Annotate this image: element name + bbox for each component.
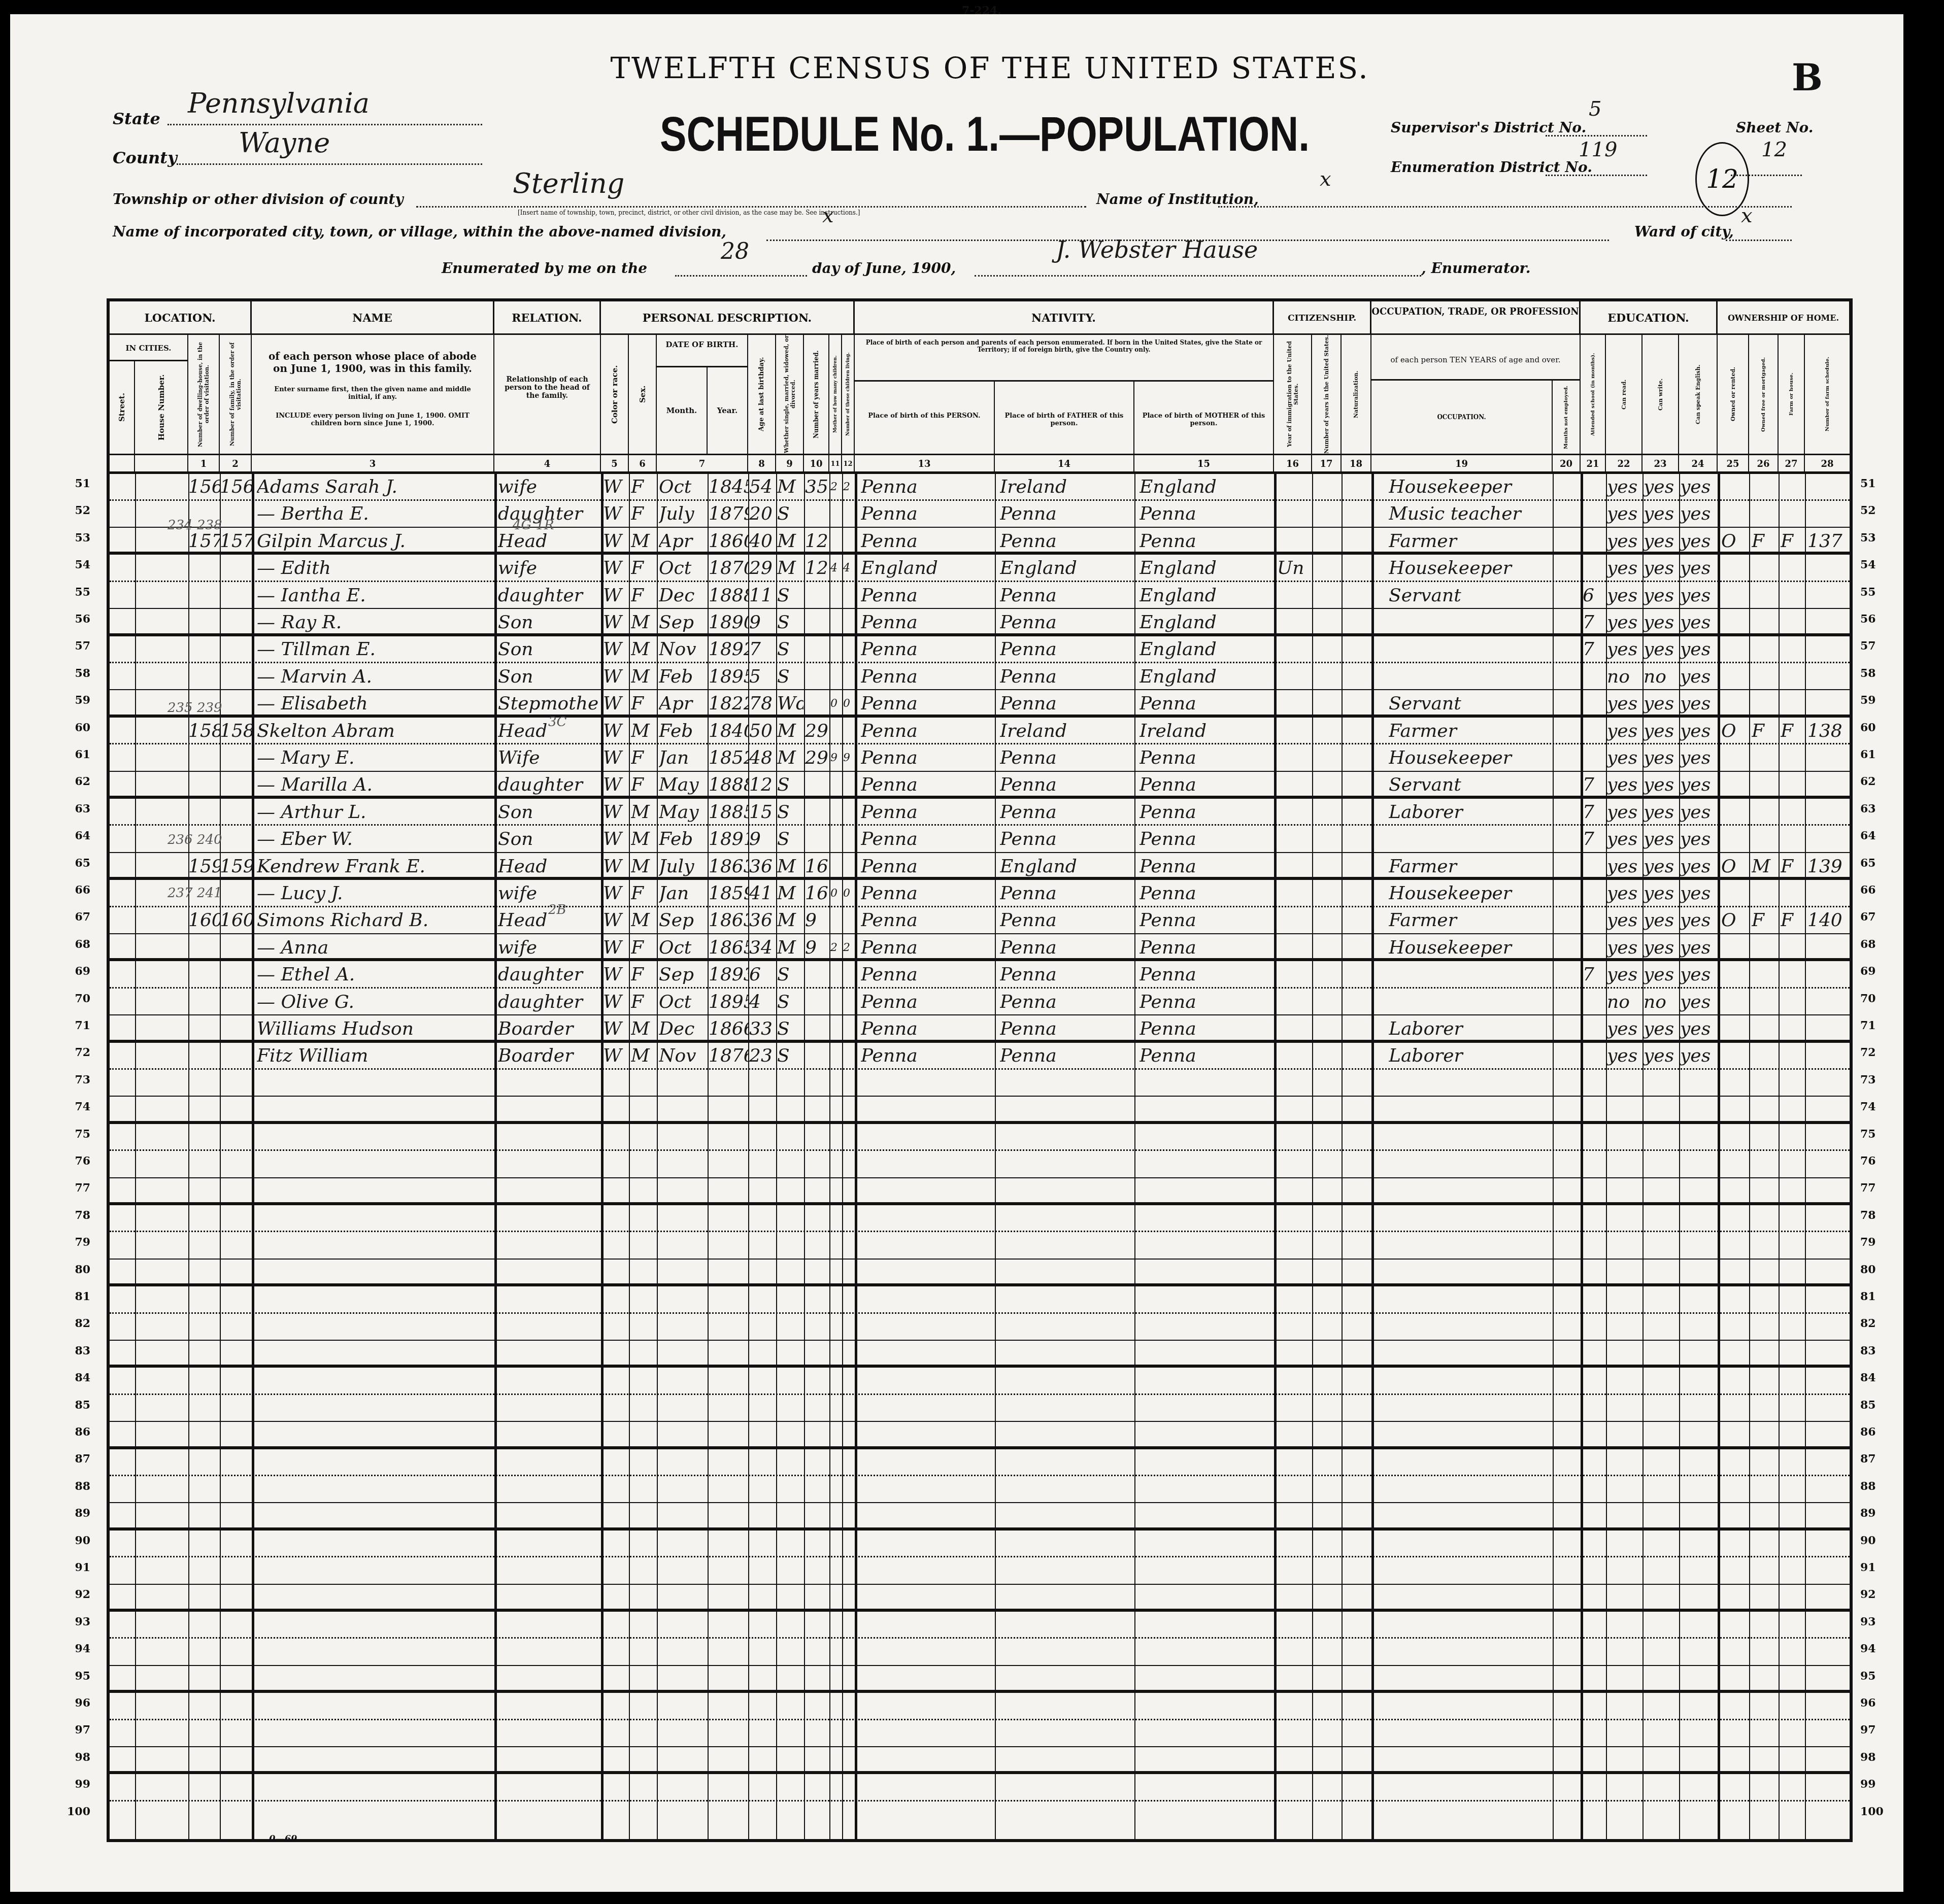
- table-row: [110, 1531, 1850, 1558]
- cell-year: 1859: [709, 880, 748, 906]
- cell-write: yes: [1644, 1016, 1679, 1040]
- cell-age: 12: [749, 772, 776, 796]
- line-number-right: 83: [1860, 1344, 1891, 1357]
- cell-birth: Penna: [861, 772, 993, 796]
- cell-month: Nov: [659, 636, 707, 662]
- line-number-right: 71: [1860, 1019, 1891, 1032]
- line-number-left: 88: [60, 1480, 90, 1493]
- cell-speak: yes: [1680, 528, 1717, 552]
- cell-father: Penna: [1000, 1043, 1132, 1068]
- cell-family: [220, 772, 252, 796]
- cell-marital: S: [777, 826, 803, 852]
- header-sex-text: Sex.: [638, 335, 647, 454]
- colnum-27: 27: [1779, 454, 1805, 474]
- header-children-living-text: Number of these children living.: [846, 335, 851, 454]
- cell-relation: daughter: [498, 989, 599, 1015]
- cell-yrs-us: [1314, 1016, 1342, 1040]
- line-number-left: 62: [60, 775, 90, 788]
- county-value: Wayne: [239, 127, 330, 159]
- header-age-text: Age at last birthday.: [758, 335, 765, 454]
- group-occupation: OCCUPATION, TRADE, OR PROFESSION: [1371, 301, 1581, 335]
- cell-year: 1890: [709, 609, 748, 633]
- cell-dwelling: [188, 989, 220, 1015]
- cell-living: 9: [843, 745, 855, 771]
- cell-relation: Son: [498, 664, 599, 690]
- cell-school: [1583, 555, 1605, 581]
- city-value: x: [822, 204, 834, 227]
- cell-mother: England: [1139, 474, 1271, 499]
- cell-father: Penna: [1000, 799, 1132, 825]
- cell-free: [1752, 962, 1778, 987]
- cell-yrs-us: [1314, 691, 1342, 715]
- colnum-6: 6: [629, 454, 657, 474]
- cell-relation: wife: [498, 474, 599, 499]
- line-number-right: 72: [1860, 1046, 1891, 1059]
- cell-birth: Penna: [861, 854, 993, 877]
- cell-family: 159: [220, 854, 252, 877]
- cell-sched: [1807, 583, 1851, 608]
- cell-natur: [1343, 772, 1371, 796]
- cell-living: [843, 854, 855, 877]
- cell-occupation: [1389, 962, 1551, 987]
- cell-farm: [1781, 501, 1804, 527]
- cell-relation: daughter: [498, 583, 599, 608]
- cell-natur: [1343, 989, 1371, 1015]
- colnum-20: 20: [1553, 454, 1581, 474]
- table-row: [110, 1693, 1850, 1720]
- cell-color: W: [603, 691, 628, 715]
- cell-read: yes: [1607, 718, 1643, 743]
- cell-sex: M: [631, 854, 656, 877]
- line-number-left: 100: [60, 1805, 90, 1818]
- cell-natur: [1343, 474, 1371, 499]
- census-title: TWELFTH CENSUS OF THE UNITED STATES.: [558, 51, 1421, 85]
- cell-living: [843, 799, 855, 825]
- cell-mother: Penna: [1139, 854, 1271, 877]
- header-farm-house-text: Farm or house.: [1789, 335, 1794, 454]
- sheet-value: 12: [1761, 138, 1787, 161]
- cell-family: [220, 1016, 252, 1040]
- cell-yrs-us: [1314, 907, 1342, 933]
- line-number-left: 95: [60, 1670, 90, 1683]
- cell-sched: 137: [1807, 528, 1851, 552]
- header-color-text: Color or race.: [610, 335, 619, 454]
- line-number-left: 64: [60, 829, 90, 842]
- cell-age: 33: [749, 1016, 776, 1040]
- cell-speak: yes: [1680, 826, 1717, 852]
- cell-marital: M: [777, 528, 803, 552]
- cell-mother: England: [1139, 555, 1271, 581]
- cell-father: Penna: [1000, 1016, 1132, 1040]
- line-number-right: 90: [1860, 1534, 1891, 1547]
- cell-yrs-married: 12: [805, 528, 829, 552]
- cell-own: [1721, 636, 1749, 662]
- cell-yrs-married: [805, 691, 829, 715]
- cell-farm: [1781, 989, 1804, 1015]
- header-name: of each person whose place of abode on J…: [252, 335, 494, 454]
- line-number-right: 81: [1860, 1290, 1891, 1303]
- schedule-title: SCHEDULE No. 1.—POPULATION.: [660, 107, 1310, 162]
- township-value: Sterling: [513, 167, 624, 199]
- cell-yrs-us: [1314, 474, 1342, 499]
- cell-write: yes: [1644, 854, 1679, 877]
- cell-school: [1583, 935, 1605, 959]
- cell-month: Jan: [659, 880, 707, 906]
- cell-sched: [1807, 880, 1851, 906]
- colnum-28: 28: [1805, 454, 1851, 474]
- line-number-right: 87: [1860, 1452, 1891, 1466]
- cell-year: 1895: [709, 989, 748, 1015]
- cell-occupation: Laborer: [1389, 799, 1551, 825]
- cell-speak: yes: [1680, 907, 1717, 933]
- cell-mother-of: [830, 854, 843, 877]
- cell-sex: F: [631, 474, 656, 499]
- cell-name: Skelton Abram: [257, 718, 493, 743]
- cell-mother-of: [830, 718, 843, 743]
- cell-unemp: [1554, 826, 1580, 852]
- cell-birth: Penna: [861, 609, 993, 633]
- cell-immig: [1277, 962, 1313, 987]
- cell-sex: F: [631, 555, 656, 581]
- cell-father: Penna: [1000, 989, 1132, 1015]
- line-number-left: 84: [60, 1371, 90, 1384]
- line-number-right: 62: [1860, 775, 1891, 788]
- cell-natur: [1343, 799, 1371, 825]
- group-citizenship: CITIZENSHIP.: [1274, 301, 1371, 335]
- line-number-right: 89: [1860, 1507, 1891, 1520]
- line-number-right: 54: [1860, 558, 1891, 571]
- cell-month: Dec: [659, 1016, 707, 1040]
- cell-school: 7: [1583, 609, 1605, 633]
- cell-immig: [1277, 880, 1313, 906]
- header-immigration-text: Year of immigration to the United States…: [1286, 335, 1299, 454]
- cell-write: yes: [1644, 880, 1679, 906]
- cell-farm: [1781, 1016, 1804, 1040]
- cell-birth: Penna: [861, 1016, 993, 1040]
- header-dob: DATE OF BIRTH.: [657, 335, 748, 367]
- cell-yrs-us: [1314, 826, 1342, 852]
- cell-name: — Marilla A.: [257, 772, 493, 796]
- cell-own: [1721, 555, 1749, 581]
- cell-school: [1583, 907, 1605, 933]
- cell-mother-of: [830, 799, 843, 825]
- cell-living: [843, 528, 855, 552]
- cell-living: [843, 718, 855, 743]
- header-farm-schedule: Number of farm schedule.: [1805, 335, 1851, 454]
- colnum-26: 26: [1749, 454, 1779, 474]
- cell-own: O: [1721, 854, 1749, 877]
- cell-living: [843, 501, 855, 527]
- cell-dwelling: [188, 636, 220, 662]
- cell-farm: [1781, 799, 1804, 825]
- cell-living: 2: [843, 474, 855, 499]
- cell-unemp: [1554, 935, 1580, 959]
- line-number-right: 95: [1860, 1670, 1891, 1683]
- cell-marital: M: [777, 935, 803, 959]
- cell-color: W: [603, 664, 628, 690]
- cell-color: W: [603, 826, 628, 852]
- table-row: — Marvin A.SonWMFeb18955SPennaPennaEngla…: [110, 664, 1850, 691]
- cell-yrs-us: [1314, 501, 1342, 527]
- cell-birth: Penna: [861, 664, 993, 690]
- cell-occupation: [1389, 609, 1551, 633]
- header-marital-text: Whether single, married, widowed, or div…: [783, 335, 796, 454]
- cell-read: yes: [1607, 880, 1643, 906]
- cell-occupation: Housekeeper: [1389, 745, 1551, 771]
- cell-year: 1895: [709, 664, 748, 690]
- cell-age: 15: [749, 799, 776, 825]
- table-row: [110, 1477, 1850, 1504]
- cell-mother: Penna: [1139, 691, 1271, 715]
- cell-immig: [1277, 528, 1313, 552]
- cell-school: 7: [1583, 772, 1605, 796]
- line-number-right: 60: [1860, 721, 1891, 734]
- header-dwelling-text: Number of dwelling-house, in the order o…: [197, 335, 210, 454]
- cell-free: [1752, 636, 1778, 662]
- line-number-left: 78: [60, 1209, 90, 1222]
- cell-father: Penna: [1000, 745, 1132, 771]
- cell-dwelling: [188, 772, 220, 796]
- cell-relation: Boarder: [498, 1043, 599, 1068]
- cell-free: M: [1752, 854, 1778, 877]
- cell-read: yes: [1607, 691, 1643, 715]
- cell-write: yes: [1644, 501, 1679, 527]
- cell-sched: [1807, 745, 1851, 771]
- cell-read: yes: [1607, 799, 1643, 825]
- header-age: Age at last birthday.: [748, 335, 776, 454]
- cell-occupation: Farmer: [1389, 718, 1551, 743]
- colnum-1: 1: [188, 454, 220, 474]
- ward-value: x: [1741, 204, 1753, 227]
- cell-write: yes: [1644, 583, 1679, 608]
- table-row: — ElisabethStepmotherWFApr182278Wd00Penn…: [110, 691, 1850, 718]
- cell-sex: M: [631, 1016, 656, 1040]
- form-number: 7-224.: [962, 4, 1001, 17]
- cell-year: 1891: [709, 826, 748, 852]
- cell-age: 54: [749, 474, 776, 499]
- cell-color: W: [603, 772, 628, 796]
- cell-yrs-married: [805, 772, 829, 796]
- cell-farm: [1781, 583, 1804, 608]
- cell-own: [1721, 772, 1749, 796]
- cell-month: Oct: [659, 989, 707, 1015]
- cell-own: [1721, 745, 1749, 771]
- line-number-left: 98: [60, 1751, 90, 1764]
- cell-immig: [1277, 1016, 1313, 1040]
- cell-farm: [1781, 691, 1804, 715]
- header-marital: Whether single, married, widowed, or div…: [776, 335, 804, 454]
- header-month: Month.: [657, 367, 708, 454]
- cell-own: [1721, 501, 1749, 527]
- cell-farm: [1781, 1043, 1804, 1068]
- cell-father: Ireland: [1000, 474, 1132, 499]
- line-number-right: 61: [1860, 748, 1891, 761]
- cell-yrs-us: [1314, 555, 1342, 581]
- cell-dwelling: 158: [188, 718, 220, 743]
- cell-sex: F: [631, 989, 656, 1015]
- cell-color: W: [603, 583, 628, 608]
- enumerator-label: , Enumerator.: [1421, 260, 1530, 277]
- cell-immig: [1277, 474, 1313, 499]
- cell-marital: Wd: [777, 691, 803, 715]
- cell-living: 0: [843, 691, 855, 715]
- cell-free: [1752, 664, 1778, 690]
- cell-yrs-us: [1314, 664, 1342, 690]
- header-nativity-desc: Place of birth of each person and parent…: [855, 335, 1274, 382]
- cell-speak: yes: [1680, 501, 1717, 527]
- line-number-left: 77: [60, 1181, 90, 1195]
- cell-sex: M: [631, 826, 656, 852]
- line-number-left: 52: [60, 504, 90, 517]
- cell-school: [1583, 691, 1605, 715]
- cell-marital: M: [777, 555, 803, 581]
- line-number-left: 80: [60, 1263, 90, 1276]
- cell-occupation: Laborer: [1389, 1016, 1551, 1040]
- cell-free: F: [1752, 718, 1778, 743]
- cell-sched: [1807, 636, 1851, 662]
- cell-yrs-married: 29: [805, 718, 829, 743]
- cell-birth: Penna: [861, 826, 993, 852]
- cell-father: Penna: [1000, 691, 1132, 715]
- cell-father: Penna: [1000, 907, 1132, 933]
- header-owned-rented-text: Owned or rented.: [1730, 335, 1736, 454]
- cell-write: yes: [1644, 935, 1679, 959]
- cell-free: [1752, 1016, 1778, 1040]
- header-immigration: Year of immigration to the United States…: [1274, 335, 1312, 454]
- cell-mother: Penna: [1139, 772, 1271, 796]
- table-row: [110, 1449, 1850, 1476]
- cell-mother-of: [830, 989, 843, 1015]
- cell-father: Penna: [1000, 636, 1132, 662]
- header-birth-father: Place of birth of FATHER of this person.: [995, 382, 1134, 454]
- header-street-text: Street.: [117, 361, 126, 454]
- cell-age: 9: [749, 826, 776, 852]
- cell-month: Oct: [659, 474, 707, 499]
- cell-sex: F: [631, 962, 656, 987]
- sheet-label: Sheet No.: [1736, 119, 1813, 136]
- table-row: — Lucy J.wifeWFJan185941M1600PennaPennaP…: [110, 880, 1850, 907]
- cell-school: [1583, 664, 1605, 690]
- cell-age: 34: [749, 935, 776, 959]
- line-number-right: 56: [1860, 613, 1891, 626]
- cell-mother: Penna: [1139, 989, 1271, 1015]
- cell-sched: 140: [1807, 907, 1851, 933]
- cell-year: 1876: [709, 1043, 748, 1068]
- line-number-right: 59: [1860, 694, 1891, 707]
- header-attended-school: Attended school (in months).: [1581, 335, 1606, 454]
- cell-name: — Lucy J.: [257, 880, 493, 906]
- cell-immig: [1277, 1043, 1313, 1068]
- table-row: — Ray R.SonWMSep18909SPennaPennaEngland7…: [110, 609, 1850, 636]
- cell-own: [1721, 989, 1749, 1015]
- colnum-8: 8: [748, 454, 776, 474]
- cell-write: no: [1644, 664, 1679, 690]
- table-row: — Iantha E.daughterWFDec188811SPennaPenn…: [110, 583, 1850, 609]
- cell-mother-of: [830, 772, 843, 796]
- cell-free: [1752, 1043, 1778, 1068]
- header-mother-of: Mother of how many children.: [829, 335, 842, 454]
- cell-occupation: Farmer: [1389, 907, 1551, 933]
- cell-birth: Penna: [861, 989, 993, 1015]
- cell-year: 1852: [709, 745, 748, 771]
- cell-birth: Penna: [861, 528, 993, 552]
- cell-color: W: [603, 745, 628, 771]
- cell-mother-of: [830, 826, 843, 852]
- state-value: Pennsylvania: [188, 87, 370, 119]
- cell-marital: M: [777, 718, 803, 743]
- cell-mother: Penna: [1139, 935, 1271, 959]
- margin-note-236-240: 236 240: [167, 832, 222, 847]
- colnum-18: 18: [1342, 454, 1371, 474]
- cell-school: 7: [1583, 636, 1605, 662]
- table-row: [110, 1802, 1850, 1829]
- cell-immig: [1277, 745, 1313, 771]
- header-can-write-text: Can write.: [1657, 335, 1664, 454]
- cell-living: [843, 583, 855, 608]
- cell-relation: daughter: [498, 962, 599, 987]
- cell-read: yes: [1607, 826, 1643, 852]
- line-number-left: 93: [60, 1615, 90, 1628]
- cell-birth: Penna: [861, 907, 993, 933]
- line-number-right: 93: [1860, 1615, 1891, 1628]
- cell-sex: F: [631, 772, 656, 796]
- cell-sched: [1807, 1016, 1851, 1040]
- table-row: — AnnawifeWFOct186534M922PennaPennaPenna…: [110, 935, 1850, 962]
- cell-dwelling: [188, 799, 220, 825]
- cell-mother-of: [830, 907, 843, 933]
- cell-unemp: [1554, 528, 1580, 552]
- cell-write: yes: [1644, 691, 1679, 715]
- table-row: 160160Simons Richard B.HeadWMSep186336M9…: [110, 907, 1850, 934]
- cell-marital: S: [777, 664, 803, 690]
- cell-year: 1892: [709, 636, 748, 662]
- cell-name: — Mary E.: [257, 745, 493, 771]
- line-number-right: 98: [1860, 1751, 1891, 1764]
- cell-natur: [1343, 501, 1371, 527]
- cell-yrs-us: [1314, 854, 1342, 877]
- cell-birth: Penna: [861, 745, 993, 771]
- cell-free: [1752, 880, 1778, 906]
- cell-own: O: [1721, 907, 1749, 933]
- table-row: [110, 1396, 1850, 1422]
- colnum-22: 22: [1606, 454, 1643, 474]
- cell-school: [1583, 1016, 1605, 1040]
- name-desc: of each person whose place of abode on J…: [267, 350, 478, 375]
- cell-sched: [1807, 989, 1851, 1015]
- margin-note-2b: 2B: [548, 902, 566, 917]
- cell-marital: S: [777, 989, 803, 1015]
- cell-school: 7: [1583, 962, 1605, 987]
- cell-sex: F: [631, 691, 656, 715]
- cell-own: [1721, 474, 1749, 499]
- cell-yrs-us: [1314, 772, 1342, 796]
- cell-yrs-us: [1314, 799, 1342, 825]
- cell-birth: Penna: [861, 935, 993, 959]
- cell-mother-of: 0: [830, 691, 843, 715]
- cell-sex: M: [631, 1043, 656, 1068]
- cell-month: Oct: [659, 555, 707, 581]
- line-number-right: 96: [1860, 1696, 1891, 1710]
- institution-value: x: [1320, 167, 1331, 191]
- cell-natur: [1343, 528, 1371, 552]
- line-number-left: 51: [60, 477, 90, 490]
- header-in-cities: IN CITIES.: [110, 335, 188, 361]
- line-number-left: 54: [60, 558, 90, 571]
- header-color: Color or race.: [601, 335, 629, 454]
- line-number-right: 76: [1860, 1154, 1891, 1168]
- cell-mother: England: [1139, 636, 1271, 662]
- cell-natur: [1343, 718, 1371, 743]
